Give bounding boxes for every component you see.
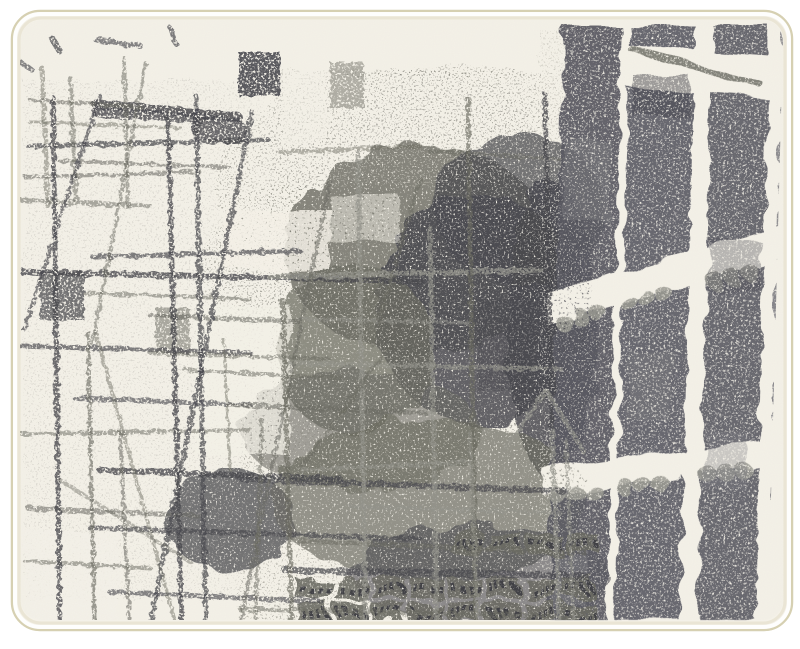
paper-grain — [12, 11, 792, 630]
artwork-svg — [0, 0, 800, 649]
artwork-photo — [0, 0, 800, 649]
